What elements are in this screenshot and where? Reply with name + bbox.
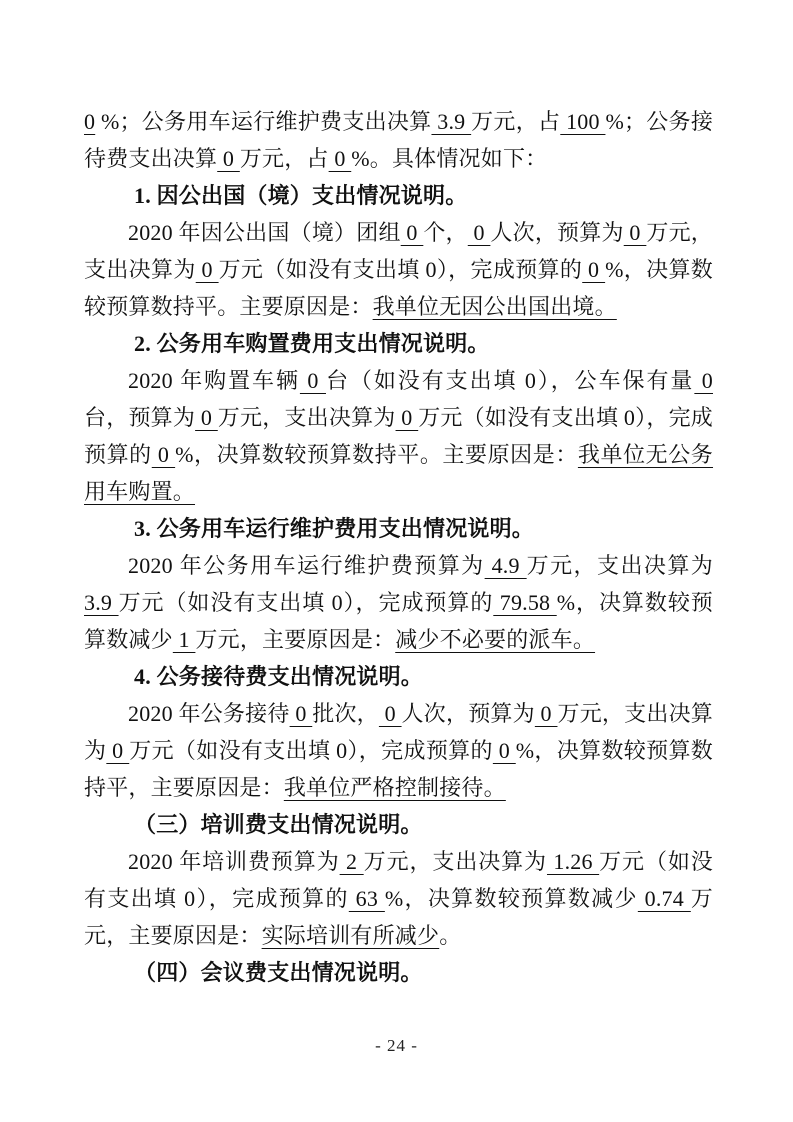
blank-value: 0 [624, 220, 647, 245]
text-segment: 万元（如没有支出填 0），完成预算的 [119, 590, 494, 615]
text-segment: %；公务用车运行维护费支出决算 [95, 109, 431, 134]
blank-value: 减少不必要的派车。 [395, 627, 595, 652]
text-segment: 2020 年购置车辆 [128, 368, 300, 393]
page-number: - 24 - [0, 1036, 793, 1056]
blank-value: 0 [195, 405, 218, 430]
blank-value: 0 [535, 701, 558, 726]
blank-value: 3.9 [84, 590, 119, 615]
document-body: 0 %；公务用车运行维护费支出决算 3.9 万元，占 100 %；公务接待费支出… [84, 103, 713, 991]
blank-value: 0 [694, 368, 713, 393]
text-segment: 万元，主要原因是： [195, 627, 395, 652]
text-segment: 万元，支出决算为 [218, 405, 396, 430]
body-paragraph: 2020 年培训费预算为 2 万元，支出决算为 1.26 万元（如没有支出填 0… [84, 843, 713, 954]
body-paragraph: 2020 年购置车辆 0 台（如没有支出填 0），公车保有量 0 台，预算为 0… [84, 362, 713, 510]
blank-value: 1 [173, 627, 196, 652]
text-segment: 3. 公务用车运行维护费用支出情况说明。 [134, 516, 534, 541]
text-segment: （三）培训费支出情况说明。 [134, 812, 423, 837]
text-segment: 万元，支出决算为 [364, 849, 547, 874]
text-segment: 2020 年培训费预算为 [128, 849, 340, 874]
blank-value: 0 [493, 738, 516, 763]
text-segment: 2020 年公务接待 [128, 701, 290, 726]
text-segment: 万元，支出 [557, 701, 668, 726]
text-segment: 批次， [312, 701, 379, 726]
blank-value: 3.9 [431, 109, 471, 134]
text-segment: 台（如没有支出填 0），公车保有量 [326, 368, 694, 393]
blank-value: 100 [560, 109, 605, 134]
text-segment: %。具体情况如下： [351, 146, 547, 171]
body-paragraph: 2020 年公务接待 0 批次， 0 人次，预算为 0 万元，支出决算为 0 万… [84, 695, 713, 806]
text-segment: 万元，占 [240, 146, 329, 171]
text-segment: 万元，占 [471, 109, 560, 134]
blank-value: 63 [349, 886, 385, 911]
body-paragraph: 0 %；公务用车运行维护费支出决算 3.9 万元，占 100 %；公务接待费支出… [84, 103, 713, 177]
text-segment: （四）会议费支出情况说明。 [134, 960, 423, 985]
text-segment: %，决算数较预算数持平。主要原因是： [175, 442, 578, 467]
text-segment: 万元，支出决算为 [527, 553, 713, 578]
section-heading: 2. 公务用车购置费用支出情况说明。 [84, 325, 713, 362]
blank-value: 0 [379, 701, 402, 726]
blank-value: 0 [196, 257, 219, 282]
blank-value: 79.58 [493, 590, 556, 615]
blank-value: 0 [582, 257, 605, 282]
page-number-text: - 24 - [375, 1036, 418, 1055]
blank-value: 0 [468, 220, 491, 245]
text-segment: 万元（如没有支出填 0），完成预算的 [219, 257, 583, 282]
text-segment: %，决算数较预算数减少 [385, 886, 638, 911]
blank-value: 0 [300, 368, 326, 393]
text-segment: 人次，预算为 [490, 220, 623, 245]
blank-value: 0 [217, 146, 240, 171]
blank-value: 2 [340, 849, 364, 874]
blank-value: 0.74 [638, 886, 691, 911]
blank-value: 0 [106, 738, 129, 763]
blank-value: 0 [396, 405, 419, 430]
text-segment: 个， [423, 220, 467, 245]
text-segment: 1. 因公出国（境）支出情况说明。 [134, 183, 467, 208]
blank-value: 0 [84, 109, 95, 134]
blank-value: 0 [152, 442, 175, 467]
blank-value: 0 [290, 701, 313, 726]
text-segment: 4. 公务接待费支出情况说明。 [134, 664, 423, 689]
text-segment: 台，预算为 [84, 405, 195, 430]
text-segment: 2. 公务用车购置费用支出情况说明。 [134, 331, 490, 356]
section-heading: 1. 因公出国（境）支出情况说明。 [84, 177, 713, 214]
body-paragraph: 2020 年因公出国（境）团组 0 个， 0 人次，预算为 0 万元，支出决算为… [84, 214, 713, 325]
blank-value: 0 [401, 220, 424, 245]
section-heading: 3. 公务用车运行维护费用支出情况说明。 [84, 510, 713, 547]
blank-value: 我单位无因公出国出境。 [373, 294, 617, 319]
text-segment: 。 [439, 923, 461, 948]
section-heading: （四）会议费支出情况说明。 [84, 954, 713, 991]
document-page: 0 %；公务用车运行维护费支出决算 3.9 万元，占 100 %；公务接待费支出… [0, 0, 793, 1122]
blank-value: 0 [329, 146, 352, 171]
section-heading: （三）培训费支出情况说明。 [84, 806, 713, 843]
blank-value: 1.26 [547, 849, 599, 874]
blank-value: 实际培训有所减少 [262, 923, 440, 948]
body-paragraph: 2020 年公务用车运行维护费预算为 4.9 万元，支出决算为 3.9 万元（如… [84, 547, 713, 658]
text-segment: 人次，预算为 [402, 701, 535, 726]
text-segment: 万元（如没有支出填 0），完成预算的 [129, 738, 493, 763]
text-segment: 2020 年因公出国（境）团组 [128, 220, 401, 245]
section-heading: 4. 公务接待费支出情况说明。 [84, 658, 713, 695]
blank-value: 4.9 [485, 553, 527, 578]
blank-value: 我单位严格控制接待。 [284, 775, 506, 800]
text-segment: 2020 年公务用车运行维护费预算为 [128, 553, 485, 578]
